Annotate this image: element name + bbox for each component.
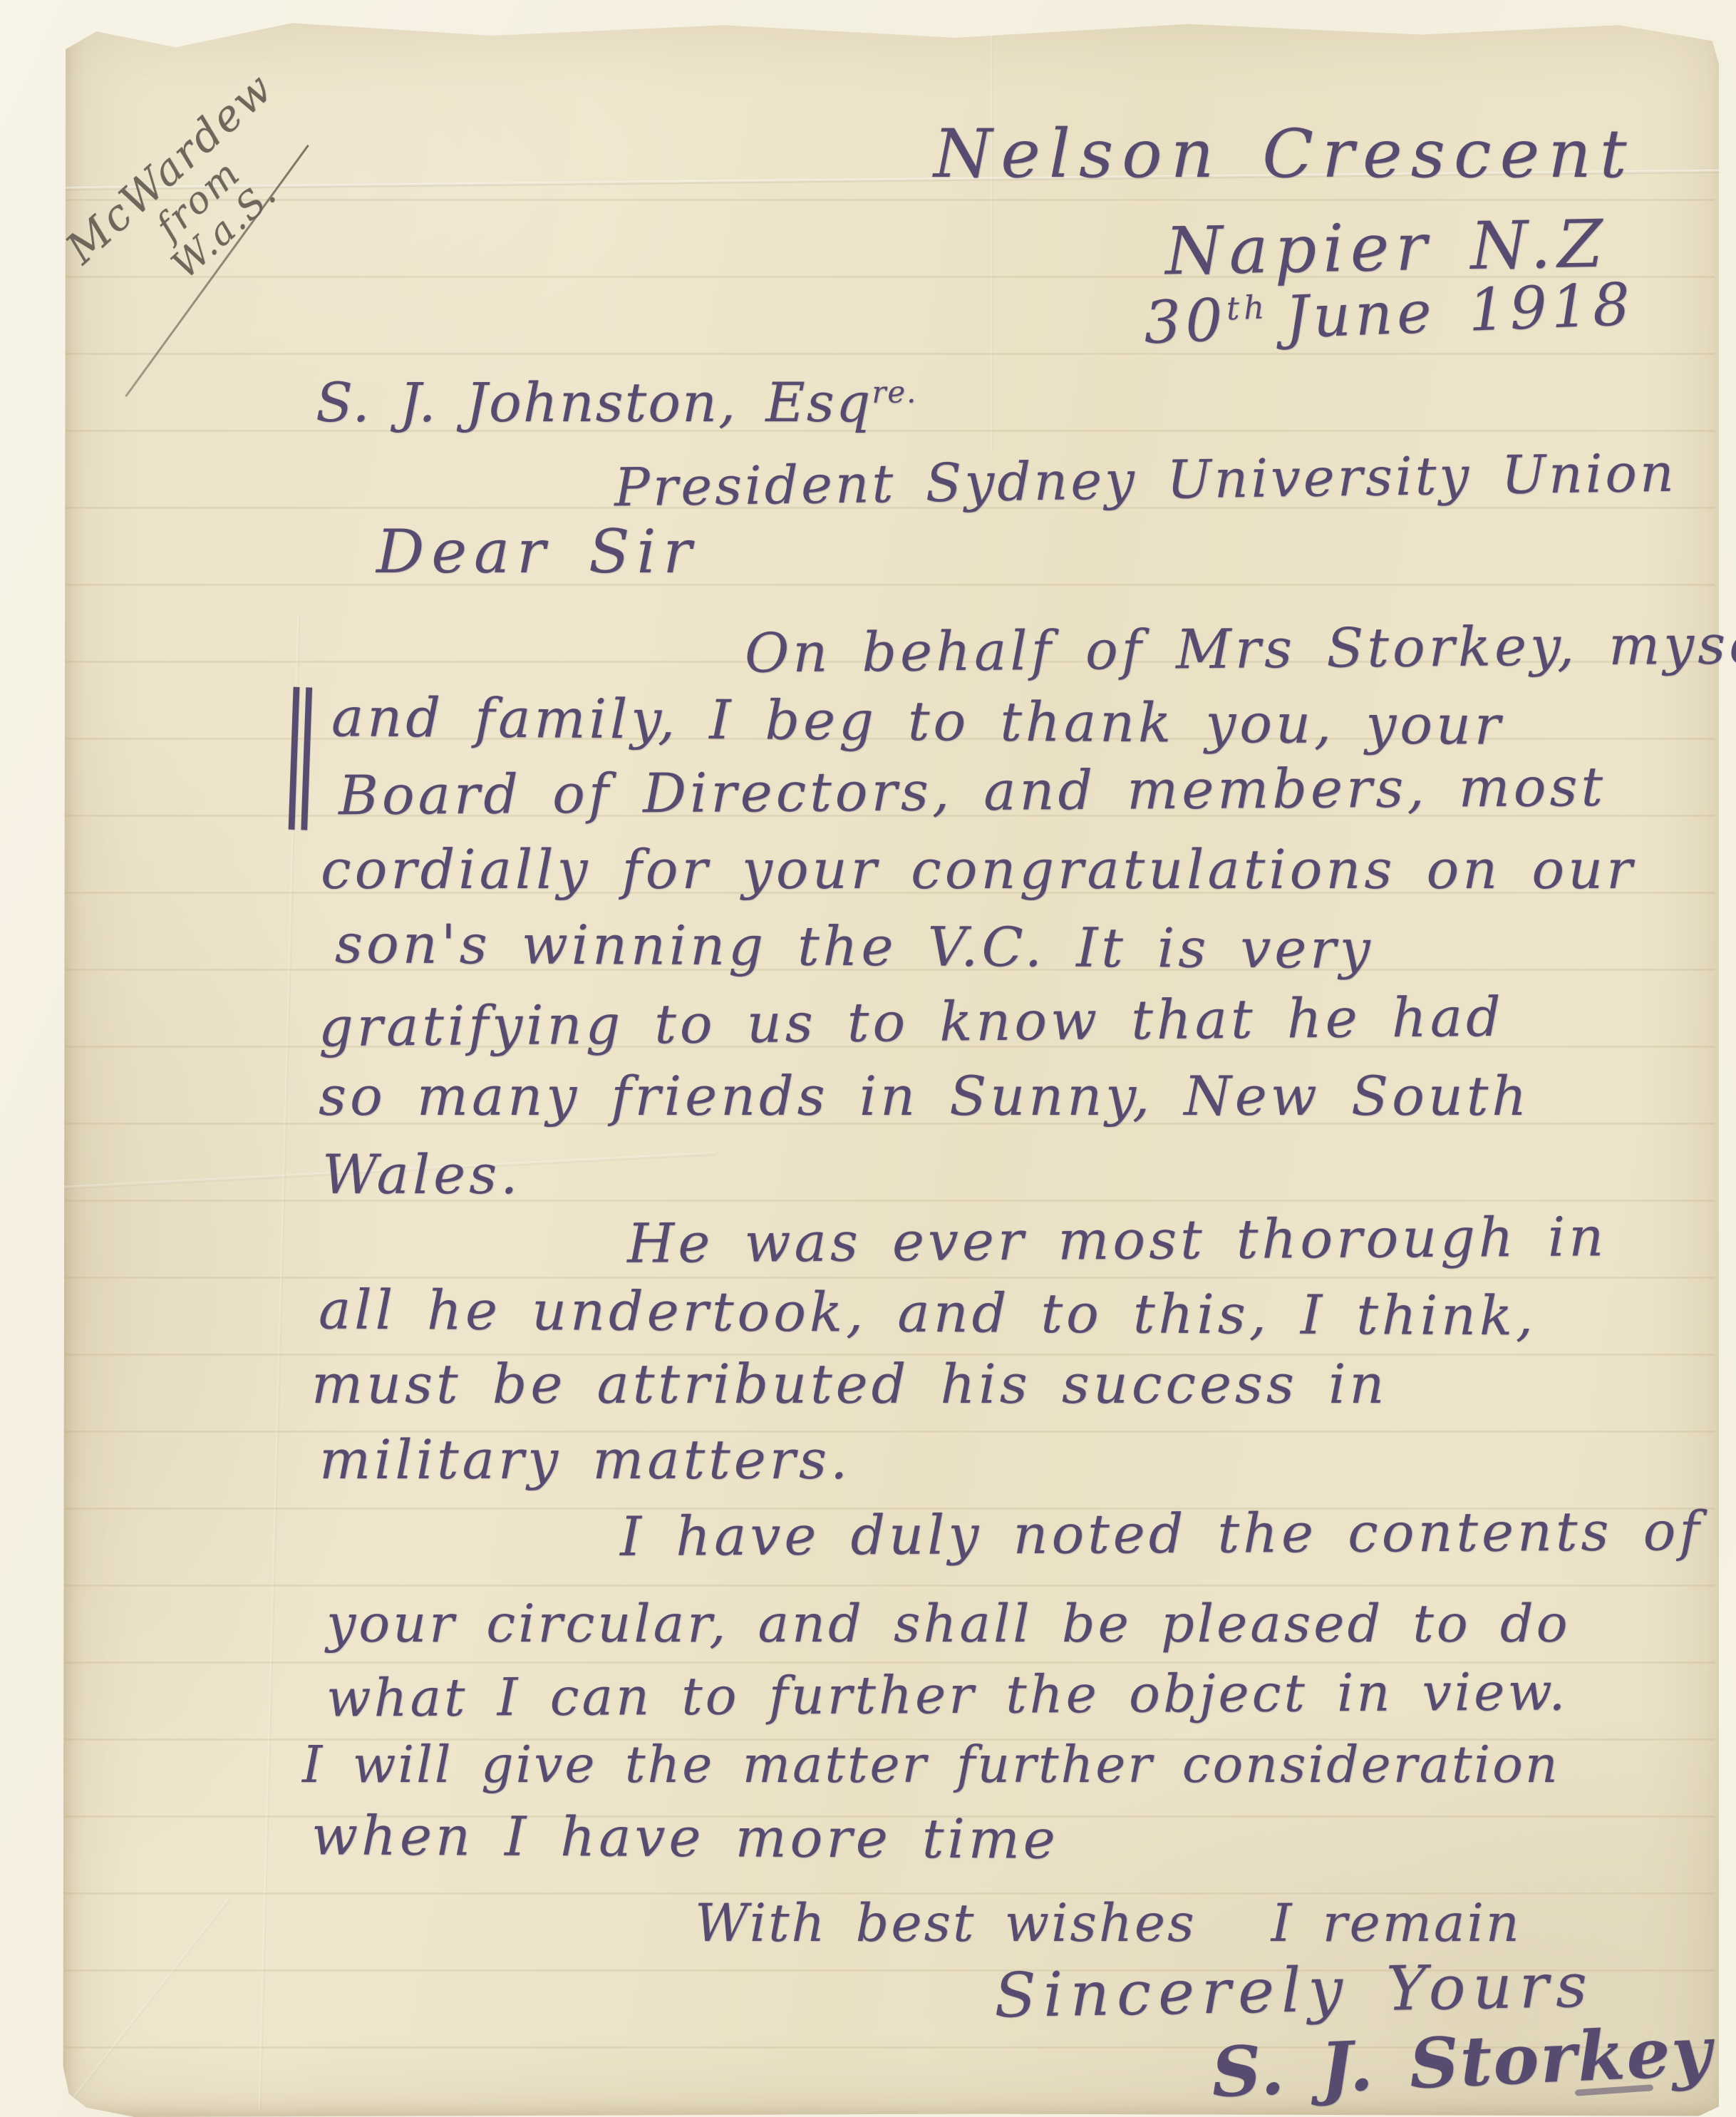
recipient-name: S. J. Johnston, Esqre. (316, 376, 917, 430)
body-line-13: I have duly noted the contents of (620, 1504, 1703, 1564)
body-line-5: son's winning the V.C. It is very (335, 917, 1374, 977)
closing-sincerely: Sincerely Yours (993, 1955, 1594, 2027)
body-line-10: all he undertook, and to this, I think, (319, 1283, 1537, 1344)
body-line-4: cordially for your congratulations on ou… (321, 843, 1636, 897)
body-line-12: military matters. (319, 1433, 851, 1487)
body-line-8: Wales. (322, 1148, 521, 1202)
sender-address: Nelson Crescent (934, 121, 1636, 188)
recipient-name-text: S. J. Johnston, Esq (316, 371, 872, 434)
body-line-15: what I can to further the object in view… (326, 1666, 1569, 1724)
body-line-14: your circular, and shall be pleased to d… (326, 1598, 1571, 1650)
body-line-3: Board of Directors, and members, most (339, 760, 1606, 823)
fold-crease-left-vertical (259, 614, 301, 2111)
body-line-2: and family, I beg to thank you, your (331, 690, 1504, 752)
closing-wishes: With best wishes (695, 1893, 1197, 1954)
body-line-17: when I have more time (311, 1808, 1059, 1866)
body-line-16: I will give the matter further considera… (302, 1739, 1560, 1790)
letter-date-rest: June 1918 (1284, 271, 1636, 352)
letter-date-day: 30 (1142, 287, 1228, 357)
salutation: Dear Sir (376, 522, 699, 582)
body-line-11: must be attributed his success in (311, 1357, 1388, 1411)
paragraph-mark: ‖ (279, 676, 323, 820)
fold-crease-upper-vertical (991, 23, 993, 450)
recipient-name-suffix: re. (872, 375, 917, 410)
body-line-1: On behalf of Mrs Storkey, myself, (745, 617, 1736, 680)
body-line-9: He was ever most thorough in (627, 1210, 1608, 1271)
corner-crease-bottom-left (62, 1897, 231, 2112)
body-line-6: gratifying to us to know that he had (319, 990, 1504, 1055)
recipient-title: President Sydney University Union (614, 447, 1677, 515)
body-line-7: so many friends in Sunny, New South (319, 1069, 1530, 1123)
closing-line: With best wishesI remain (695, 1897, 1521, 1949)
closing-remain: I remain (1271, 1893, 1521, 1954)
signature: S. J. Storkey (1210, 2017, 1714, 2108)
letter-date-ordinal: th (1226, 288, 1269, 327)
